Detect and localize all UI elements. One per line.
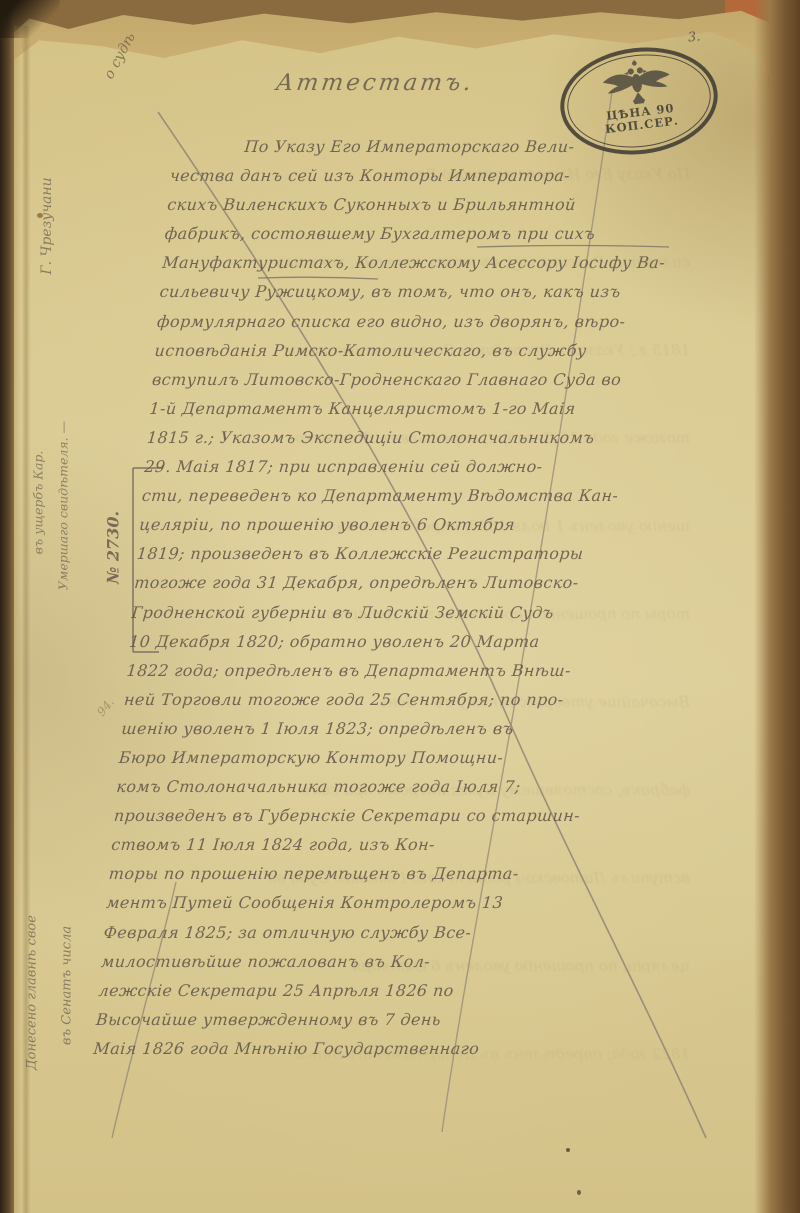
margin-case-number: № 2730. [104, 463, 123, 633]
handwritten-line: вступилъ Литовско-Гродненскаго Главнаго … [151, 365, 800, 394]
handwritten-line: исповѣданія Римско-Католическаго, въ слу… [153, 336, 800, 365]
body-text: По Указу Его Императорскаго Вели-чества … [92, 132, 800, 1063]
handwritten-line: ствомъ 11 Іюля 1824 года, изъ Кон- [110, 830, 765, 859]
ink-stain [37, 213, 43, 218]
handwritten-line: 1815 г.; Указомъ Экспедиціи Столоначальн… [146, 423, 800, 452]
handwritten-line: лежскіе Секретари 25 Апрѣля 1826 по [97, 976, 752, 1005]
handwritten-line: целяріи, по прошенію уволенъ 6 Октября [138, 510, 793, 539]
handwritten-line: сти, переведенъ ко Департаменту Вѣдомств… [141, 481, 796, 510]
handwritten-line: По Указу Его Императорскаго Вели- [171, 132, 800, 161]
handwritten-line: 10 Декабря 1820; обратно уволенъ 20 Март… [128, 627, 783, 656]
handwritten-line: чества данъ сей изъ Конторы Императора- [169, 161, 800, 190]
handwritten-line: ней Торговли тогоже года 25 Сентября; по… [123, 685, 778, 714]
handwritten-line: ментъ Путей Сообщенія Контролеромъ 13 [105, 888, 760, 917]
handwritten-line: Гродненской губерніи въ Лидскій Земскій … [130, 598, 785, 627]
handwritten-line: фабрикъ, состоявшему Буxгалтеромъ при си… [164, 219, 800, 248]
margin-note-upper: Г. Чрезучани [39, 86, 55, 366]
handwritten-line: торы по прошенію перемѣщенъ въ Департа- [108, 859, 763, 888]
handwritten-line: комъ Столоначальника тогоже года Іюля 7; [115, 772, 770, 801]
archival-document-photo: По Указу Его Императорскаго Вели-сильеви… [0, 0, 800, 1213]
handwritten-line: Бюро Императорскую Контору Помощни- [118, 743, 773, 772]
spine-shadow [0, 0, 60, 38]
handwritten-line: 1-й Департаментъ Канцеляристомъ 1-го Маі… [148, 394, 800, 423]
handwritten-line: Маія 1826 года Мнѣнію Государственнаго [92, 1034, 747, 1063]
handwritten-line: формулярнаго списка его видно, изъ дворя… [156, 307, 800, 336]
handwritten-line: Мануфактуристахъ, Коллежскому Асессору І… [161, 248, 800, 277]
margin-note-mid-2: Умершаго свидѣтеля. — [56, 391, 71, 621]
ink-dot [566, 1148, 570, 1152]
handwritten-line: сильевичу Ружицкому, въ томъ, что онъ, к… [158, 277, 800, 306]
handwritten-line: Высочайше утвержденному въ 7 день [95, 1005, 750, 1034]
handwritten-line: шенію уволенъ 1 Іюля 1823; опредѣленъ въ [120, 714, 775, 743]
document-title: Аттестатъ. [183, 70, 567, 96]
handwritten-line: 1822 года; опредѣленъ въ Департаментъ Вн… [125, 656, 780, 685]
margin-note-lower-2: въ Сенатъ числа [60, 866, 75, 1106]
handwritten-line: милостивѣйше пожалованъ въ Кол- [100, 947, 755, 976]
book-spine [0, 0, 14, 1213]
handwritten-line: 1819; произведенъ въ Коллежскіе Регистра… [136, 539, 791, 568]
margin-note-lower-1: Донесено главнѣ свое [25, 863, 40, 1123]
margin-note-mid-1: въ ущербъ Кар. [31, 395, 46, 611]
handwritten-line: 29. Маія 1817; при исправленіи сей должн… [143, 452, 798, 481]
table-surface-top [0, 0, 800, 10]
ink-dot [577, 1190, 581, 1195]
handwritten-line: Февраля 1825; за отличную службу Все- [102, 918, 757, 947]
page-number: 3. [687, 29, 701, 45]
handwritten-line: скихъ Виленскихъ Суконныхъ и Брильянтной [166, 190, 800, 219]
handwritten-line: тогоже года 31 Декабря, опредѣленъ Литов… [133, 568, 788, 597]
handwritten-line: произведенъ въ Губернскіе Секретари со с… [113, 801, 768, 830]
